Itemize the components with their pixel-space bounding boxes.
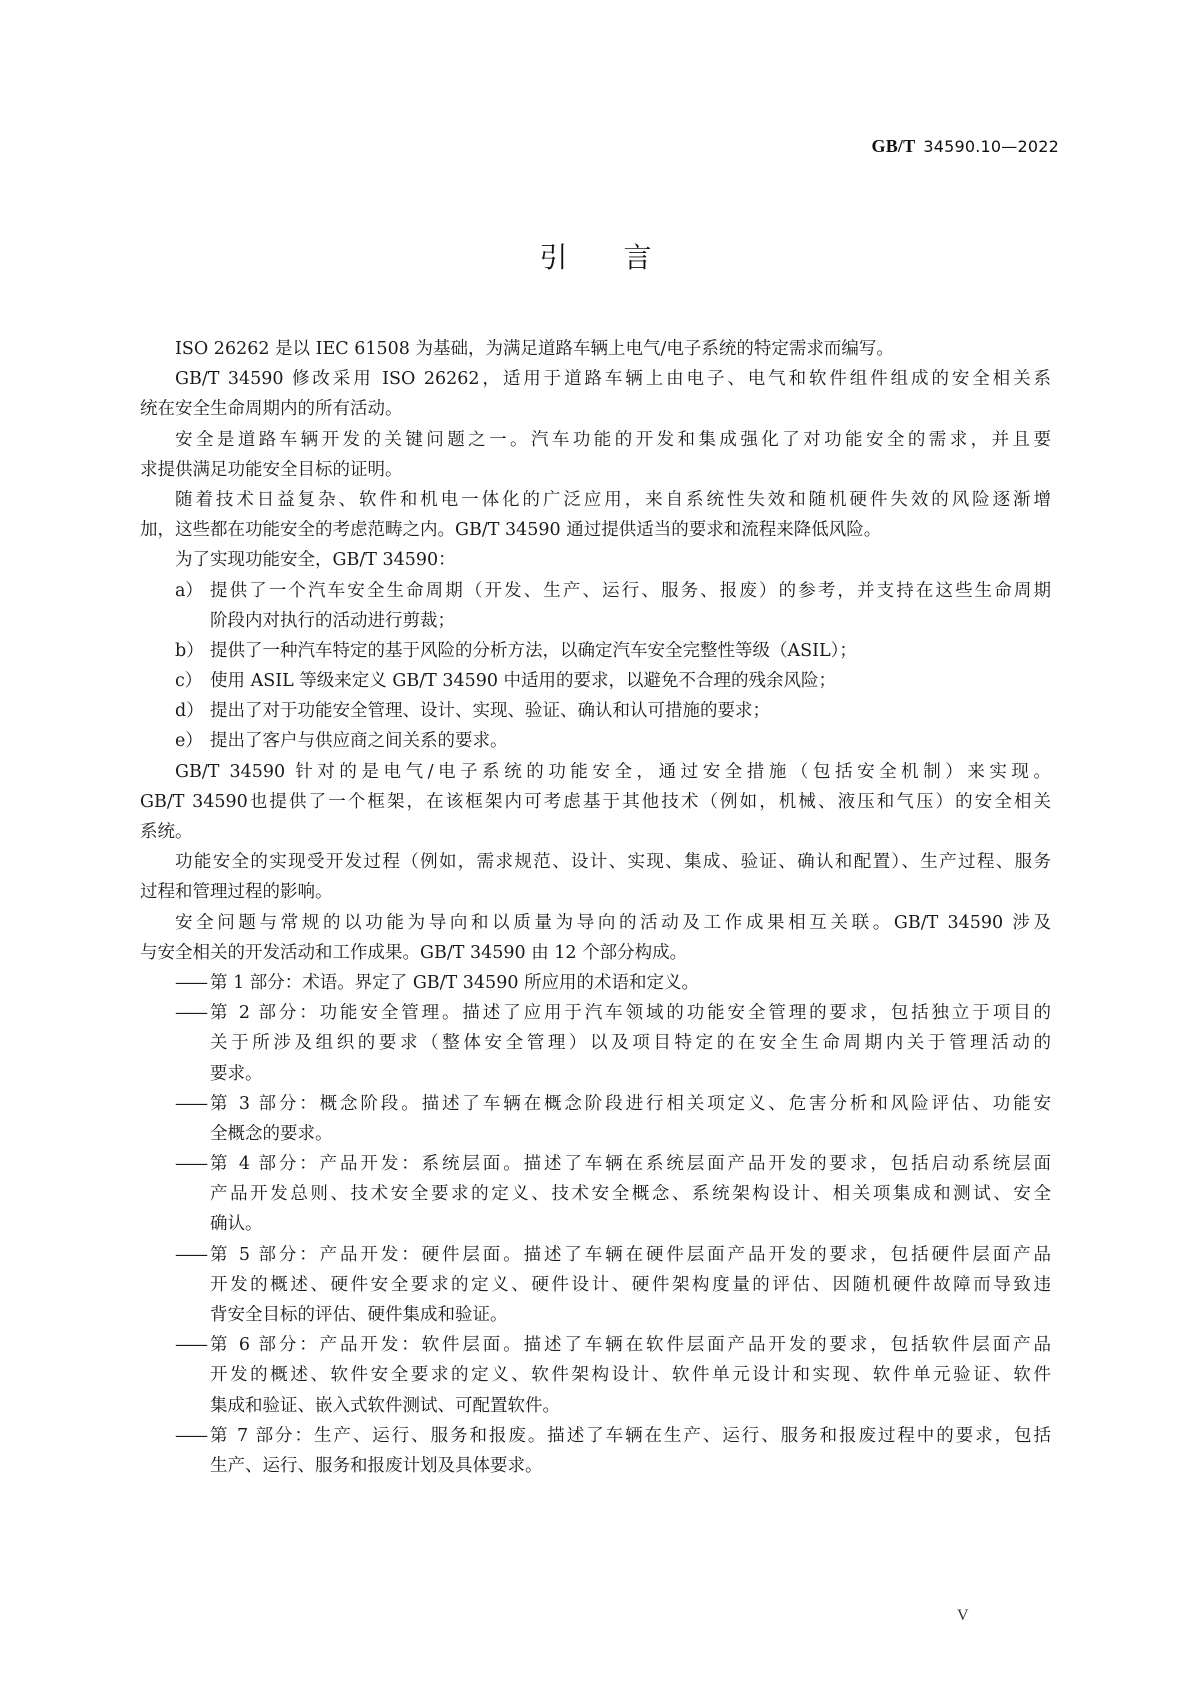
part-text: 第 5 部分：产品开发：硬件层面。描述了车辆在硬件层面产品开发的要求，包括硬件层… xyxy=(210,1240,1051,1270)
part-line: 开发的概述、软件安全要求的定义、软件架构设计、软件单元设计和实现、软件单元验证、… xyxy=(140,1360,1051,1390)
list-item-line: b）提供了一种汽车特定的基于风险的分析方法，以确定汽车安全完整性等级（ASIL）… xyxy=(140,636,1051,666)
part-line: 要求。 xyxy=(140,1059,1051,1089)
paragraph-line: 加，这些都在功能安全的考虑范畴之内。GB/T 34590 通过提供适当的要求和流… xyxy=(140,515,1051,545)
list-item: b）提供了一种汽车特定的基于风险的分析方法，以确定汽车安全完整性等级（ASIL）… xyxy=(140,636,1051,666)
part-item: —— 第 2 部分：功能安全管理。描述了应用于汽车领域的功能安全管理的要求，包括… xyxy=(140,998,1051,1089)
part-item: —— 第 6 部分：产品开发：软件层面。描述了车辆在软件层面产品开发的要求，包括… xyxy=(140,1330,1051,1421)
part-line: 全概念的要求。 xyxy=(140,1119,1051,1149)
list-text: 提出了对于功能安全管理、设计、实现、验证、确认和认可措施的要求； xyxy=(210,701,770,721)
part-line: —— 第 7 部分：生产、运行、服务和报废。描述了车辆在生产、运行、服务和报废过… xyxy=(140,1421,1051,1451)
paragraph-line: GB/T 34590也提供了一个框架，在该框架内可考虑基于其他技术（例如，机械、… xyxy=(140,787,1051,817)
part-item: ——第 1 部分：术语。界定了 GB/T 34590 所应用的术语和定义。 xyxy=(140,968,1051,998)
list-text: 提供了一种汽车特定的基于风险的分析方法，以确定汽车安全完整性等级（ASIL）； xyxy=(210,641,857,661)
list-text: 提出了客户与供应商之间关系的要求。 xyxy=(210,731,508,751)
paragraph-line: 功能安全的实现受开发过程（例如，需求规范、设计、实现、集成、验证、确认和配置）、… xyxy=(140,847,1051,877)
paragraph-line: 求提供满足功能安全目标的证明。 xyxy=(140,455,1051,485)
part-line: 集成和验证、嵌入式软件测试、可配置软件。 xyxy=(140,1391,1051,1421)
page-number: V xyxy=(957,1607,969,1625)
paragraph: GB/T 34590 修改采用 ISO 26262，适用于道路车辆上由电子、电气… xyxy=(140,364,1051,424)
section-title: 引言 xyxy=(0,236,1191,276)
paragraph-line: 过程和管理过程的影响。 xyxy=(140,877,1051,907)
paragraph-line: 与安全相关的开发活动和工作成果。GB/T 34590 由 12 个部分构成。 xyxy=(140,938,1051,968)
paragraph-line: GB/T 34590 针对的是电气/电子系统的功能安全，通过安全措施（包括安全机… xyxy=(140,757,1051,787)
paragraph-line: 随着技术日益复杂、软件和机电一体化的广泛应用，来自系统性失效和随机硬件失效的风险… xyxy=(140,485,1051,515)
part-line: ——第 1 部分：术语。界定了 GB/T 34590 所应用的术语和定义。 xyxy=(140,968,1051,998)
list-item: d）提出了对于功能安全管理、设计、实现、验证、确认和认可措施的要求； xyxy=(140,696,1051,726)
list-text: 提供了一个汽车安全生命周期（开发、生产、运行、服务、报废）的参考，并支持在这些生… xyxy=(210,576,1051,606)
em-dash-marker: —— xyxy=(175,998,210,1028)
em-dash-marker: —— xyxy=(175,968,210,998)
list-marker: e） xyxy=(175,726,210,756)
paragraph-line: 系统。 xyxy=(140,817,1051,847)
paragraph: GB/T 34590 针对的是电气/电子系统的功能安全，通过安全措施（包括安全机… xyxy=(140,757,1051,848)
part-line: 背安全目标的评估、硬件集成和验证。 xyxy=(140,1300,1051,1330)
part-line: —— 第 2 部分：功能安全管理。描述了应用于汽车领域的功能安全管理的要求，包括… xyxy=(140,998,1051,1028)
list-item: e）提出了客户与供应商之间关系的要求。 xyxy=(140,726,1051,756)
part-item: —— 第 3 部分：概念阶段。描述了车辆在概念阶段进行相关项定义、危害分析和风险… xyxy=(140,1089,1051,1149)
part-text: 第 6 部分：产品开发：软件层面。描述了车辆在软件层面产品开发的要求，包括软件层… xyxy=(210,1330,1051,1360)
paragraph: 随着技术日益复杂、软件和机电一体化的广泛应用，来自系统性失效和随机硬件失效的风险… xyxy=(140,485,1051,545)
part-line: 产品开发总则、技术安全要求的定义、技术安全概念、系统架构设计、相关项集成和测试、… xyxy=(140,1179,1051,1209)
part-item: —— 第 4 部分：产品开发：系统层面。描述了车辆在系统层面产品开发的要求，包括… xyxy=(140,1149,1051,1240)
part-line: 关于所涉及组织的要求（整体安全管理）以及项目特定的在安全生命周期内关于管理活动的 xyxy=(140,1028,1051,1058)
paragraph: 安全问题与常规的以功能为导向和以质量为导向的活动及工作成果相互关联。GB/T 3… xyxy=(140,908,1051,968)
paragraph-line: ISO 26262 是以 IEC 61508 为基础，为满足道路车辆上电气/电子… xyxy=(140,334,1051,364)
em-dash-marker: —— xyxy=(175,1149,210,1179)
list-item-line: 阶段内对执行的活动进行剪裁； xyxy=(140,606,1051,636)
part-line: —— 第 6 部分：产品开发：软件层面。描述了车辆在软件层面产品开发的要求，包括… xyxy=(140,1330,1051,1360)
list-item: c）使用 ASIL 等级来定义 GB/T 34590 中适用的要求，以避免不合理… xyxy=(140,666,1051,696)
list-item-line: d）提出了对于功能安全管理、设计、实现、验证、确认和认可措施的要求； xyxy=(140,696,1051,726)
paragraph: ISO 26262 是以 IEC 61508 为基础，为满足道路车辆上电气/电子… xyxy=(140,334,1051,364)
part-item: —— 第 5 部分：产品开发：硬件层面。描述了车辆在硬件层面产品开发的要求，包括… xyxy=(140,1240,1051,1331)
part-line: —— 第 5 部分：产品开发：硬件层面。描述了车辆在硬件层面产品开发的要求，包括… xyxy=(140,1240,1051,1270)
list-marker: a） xyxy=(175,576,210,606)
part-line: —— 第 4 部分：产品开发：系统层面。描述了车辆在系统层面产品开发的要求，包括… xyxy=(140,1149,1051,1179)
part-line: 确认。 xyxy=(140,1209,1051,1239)
list-item: a） 提供了一个汽车安全生命周期（开发、生产、运行、服务、报废）的参考，并支持在… xyxy=(140,576,1051,636)
standard-number: 34590.10—2022 xyxy=(923,137,1059,156)
paragraph: 为了实现功能安全，GB/T 34590： xyxy=(140,545,1051,575)
em-dash-marker: —— xyxy=(175,1330,210,1360)
em-dash-marker: —— xyxy=(175,1421,210,1451)
introduction-body: ISO 26262 是以 IEC 61508 为基础，为满足道路车辆上电气/电子… xyxy=(140,334,1051,1481)
list-item-line: e）提出了客户与供应商之间关系的要求。 xyxy=(140,726,1051,756)
objectives-list: a） 提供了一个汽车安全生命周期（开发、生产、运行、服务、报废）的参考，并支持在… xyxy=(140,576,1051,757)
em-dash-marker: —— xyxy=(175,1089,210,1119)
paragraph-line: 为了实现功能安全，GB/T 34590： xyxy=(140,545,1051,575)
list-item-line: c）使用 ASIL 等级来定义 GB/T 34590 中适用的要求，以避免不合理… xyxy=(140,666,1051,696)
list-marker: c） xyxy=(175,666,210,696)
list-marker: b） xyxy=(175,636,210,666)
part-text: 第 4 部分：产品开发：系统层面。描述了车辆在系统层面产品开发的要求，包括启动系… xyxy=(210,1149,1051,1179)
part-text: 第 3 部分：概念阶段。描述了车辆在概念阶段进行相关项定义、危害分析和风险评估、… xyxy=(210,1089,1051,1119)
list-marker: d） xyxy=(175,696,210,726)
part-line: 生产、运行、服务和报废计划及具体要求。 xyxy=(140,1451,1051,1481)
list-item-line: a） 提供了一个汽车安全生命周期（开发、生产、运行、服务、报废）的参考，并支持在… xyxy=(140,576,1051,606)
parts-list: ——第 1 部分：术语。界定了 GB/T 34590 所应用的术语和定义。 ——… xyxy=(140,968,1051,1481)
part-text: 第 2 部分：功能安全管理。描述了应用于汽车领域的功能安全管理的要求，包括独立于… xyxy=(210,998,1051,1028)
paragraph: 安全是道路车辆开发的关键问题之一。汽车功能的开发和集成强化了对功能安全的需求，并… xyxy=(140,425,1051,485)
paragraph-line: 安全问题与常规的以功能为导向和以质量为导向的活动及工作成果相互关联。GB/T 3… xyxy=(140,908,1051,938)
part-line: 开发的概述、硬件安全要求的定义、硬件设计、硬件架构度量的评估、因随机硬件故障而导… xyxy=(140,1270,1051,1300)
part-line: —— 第 3 部分：概念阶段。描述了车辆在概念阶段进行相关项定义、危害分析和风险… xyxy=(140,1089,1051,1119)
list-text: 使用 ASIL 等级来定义 GB/T 34590 中适用的要求，以避免不合理的残… xyxy=(210,671,836,691)
document-page: GB/T34590.10—2022 引言 ISO 26262 是以 IEC 61… xyxy=(0,0,1191,1684)
paragraph-line: GB/T 34590 修改采用 ISO 26262，适用于道路车辆上由电子、电气… xyxy=(140,364,1051,394)
standard-prefix: GB/T xyxy=(872,136,916,156)
em-dash-marker: —— xyxy=(175,1240,210,1270)
paragraph-line: 安全是道路车辆开发的关键问题之一。汽车功能的开发和集成强化了对功能安全的需求，并… xyxy=(140,425,1051,455)
paragraph: 功能安全的实现受开发过程（例如，需求规范、设计、实现、集成、验证、确认和配置）、… xyxy=(140,847,1051,907)
part-item: —— 第 7 部分：生产、运行、服务和报废。描述了车辆在生产、运行、服务和报废过… xyxy=(140,1421,1051,1481)
document-code-header: GB/T34590.10—2022 xyxy=(872,136,1060,157)
paragraph-line: 统在安全生命周期内的所有活动。 xyxy=(140,394,1051,424)
part-text: 第 7 部分：生产、运行、服务和报废。描述了车辆在生产、运行、服务和报废过程中的… xyxy=(210,1421,1051,1451)
part-text: 第 1 部分：术语。界定了 GB/T 34590 所应用的术语和定义。 xyxy=(210,973,699,993)
